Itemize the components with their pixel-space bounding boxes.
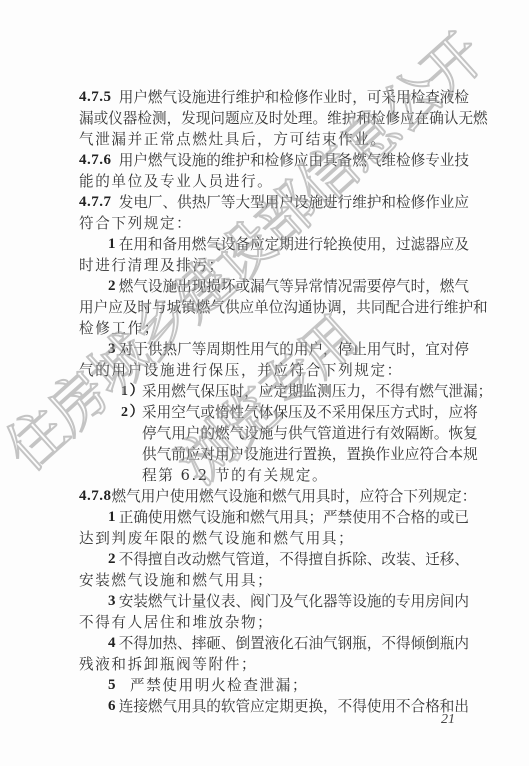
clause-number: 4.7.5 — [79, 87, 119, 108]
item-text: 燃气设施出现损坏或漏气等异常情况需要停气时，燃气 — [119, 276, 469, 297]
item-text: 不得擅自改动燃气管道，不得擅自拆除、改装、迁移、 — [119, 549, 469, 570]
clause-4-7-8-item-1-line-1: 1 正确使用燃气设施和燃气用具；严禁使用不合格的或已 — [79, 507, 469, 528]
clause-4-7-7-item-3-sub-2-line-1: 2） 采用空气或惰性气体保压及不采用保压方式时，应将 — [79, 402, 469, 423]
clause-text: 发电厂、供热厂等大型用户设施进行维护和检修作业应 — [119, 192, 469, 213]
item-text: 连接燃气用具的软管应定期更换，不得使用不合格和出 — [119, 696, 469, 717]
clause-4-7-7-item-3-sub-2-line-3: 供气前应对用户设施进行置换，置换作业应符合本规 — [79, 444, 469, 465]
item-text: 对于供热厂等周期性用气的用户，停止用气时，宜对停 — [119, 339, 469, 360]
clause-4-7-8-item-4-line-2: 残液和拆卸瓶阀等附件； — [79, 654, 469, 675]
clause-4-7-8-item-2-line-1: 2 不得擅自改动燃气管道，不得擅自拆除、改装、迁移、 — [79, 549, 469, 570]
item-text: 不得加热、摔砸、倒置液化石油气钢瓶，不得倾倒瓶内 — [119, 633, 469, 654]
clause-4-7-5-line-1: 4.7.5 用户燃气设施进行维护和检修作业时，可采用检查液检 — [79, 87, 469, 108]
item-text: 正确使用燃气设施和燃气用具；严禁使用不合格的或已 — [119, 507, 469, 528]
clause-text: 燃气用户使用燃气设施和燃气用具时，应符合下列规定： — [112, 486, 477, 507]
clause-4-7-5-line-2: 漏或仪器检测，发现问题应及时处理。维护和检修应在确认无燃 — [79, 108, 469, 129]
item-number: 3 — [108, 339, 119, 360]
clause-4-7-8-item-1-line-2: 达到判废年限的燃气设施和燃气用具； — [79, 528, 469, 549]
clause-text: 用户燃气设施的维护和检修应由具备燃气维检修专业技 — [119, 150, 469, 171]
clause-4-7-8-line-1: 4.7.8 燃气用户使用燃气设施和燃气用具时，应符合下列规定： — [79, 486, 469, 507]
subitem-number: 1） — [121, 381, 142, 402]
clause-4-7-5-line-3: 气泄漏并正常点燃灶具后，方可结束作业。 — [79, 129, 469, 150]
item-number: 4 — [108, 633, 119, 654]
clause-text: 用户燃气设施进行维护和检修作业时，可采用检查液检 — [119, 87, 469, 108]
item-number: 1 — [108, 507, 119, 528]
clause-4-7-8-item-4-line-1: 4 不得加热、摔砸、倒置液化石油气钢瓶，不得倾倒瓶内 — [79, 633, 469, 654]
subitem-text: 采用空气或惰性气体保压及不采用保压方式时，应将 — [142, 402, 478, 423]
clause-4-7-7-line-1: 4.7.7 发电厂、供热厂等大型用户设施进行维护和检修作业应 — [79, 192, 469, 213]
clause-number: 4.7.6 — [79, 150, 119, 171]
item-text: 在用和备用燃气设备应定期进行轮换使用，过滤器应及 — [119, 234, 469, 255]
clause-4-7-7-item-3-sub-2-line-2: 停气用户的燃气设施与供气管道进行有效隔断。恢复 — [79, 423, 469, 444]
clause-4-7-8-item-3-line-2: 不得有人居住和堆放杂物； — [79, 612, 469, 633]
item-number: 3 — [108, 591, 119, 612]
clause-4-7-7-item-2-line-2: 用户应及时与城镇燃气供应单位沟通协调，共同配合进行维护和 — [79, 297, 469, 318]
page-number: 21 — [441, 712, 455, 728]
clause-4-7-7-item-2-line-3: 检修工作； — [79, 318, 469, 339]
clause-4-7-8-item-6-line-1: 6 连接燃气用具的软管应定期更换，不得使用不合格和出 — [79, 696, 469, 717]
item-number: 2 — [108, 549, 119, 570]
clause-4-7-8-item-2-line-2: 安装燃气设施和燃气用具； — [79, 570, 469, 591]
item-number: 2 — [108, 276, 119, 297]
subitem-text: 采用燃气保压时，应定期监测压力，不得有燃气泄漏； — [142, 381, 492, 402]
clause-4-7-6-line-2: 能的单位及专业人员进行。 — [79, 171, 469, 192]
clause-4-7-8-item-5-line-1: 5 严禁使用明火检查泄漏； — [79, 675, 469, 696]
clause-4-7-7-line-2: 符合下列规定： — [79, 213, 469, 234]
clause-4-7-8-item-3-line-1: 3 安装燃气计量仪表、阀门及气化器等设施的专用房间内 — [79, 591, 469, 612]
item-number: 5 — [108, 675, 130, 696]
clause-4-7-7-item-3-line-2: 气的用户设施进行保压，并应符合下列规定： — [79, 360, 469, 381]
clause-4-7-7-item-3-sub-2-line-4: 程第 6.2 节的有关规定。 — [79, 465, 469, 486]
clause-number: 4.7.7 — [79, 192, 119, 213]
item-text: 安装燃气计量仪表、阀门及气化器等设施的专用房间内 — [119, 591, 469, 612]
clause-4-7-7-item-1-line-2: 时进行清理及排污； — [79, 255, 469, 276]
item-number: 1 — [108, 234, 119, 255]
clause-4-7-7-item-1-line-1: 1 在用和备用燃气设备应定期进行轮换使用，过滤器应及 — [79, 234, 469, 255]
clause-4-7-7-item-2-line-1: 2 燃气设施出现损坏或漏气等异常情况需要停气时，燃气 — [79, 276, 469, 297]
item-number: 6 — [108, 696, 119, 717]
subitem-number: 2） — [121, 402, 142, 423]
clause-4-7-7-item-3-line-1: 3 对于供热厂等周期性用气的用户，停止用气时，宜对停 — [79, 339, 469, 360]
page-body: 4.7.5 用户燃气设施进行维护和检修作业时，可采用检查液检 漏或仪器检测，发现… — [79, 87, 469, 717]
item-text: 严禁使用明火检查泄漏； — [130, 675, 469, 696]
clause-4-7-6-line-1: 4.7.6 用户燃气设施的维护和检修应由具备燃气维检修专业技 — [79, 150, 469, 171]
document-page: 4.7.5 用户燃气设施进行维护和检修作业时，可采用检查液检 漏或仪器检测，发现… — [0, 0, 529, 766]
clause-4-7-7-item-3-sub-1-line-1: 1） 采用燃气保压时，应定期监测压力，不得有燃气泄漏； — [79, 381, 469, 402]
clause-number: 4.7.8 — [79, 486, 112, 507]
